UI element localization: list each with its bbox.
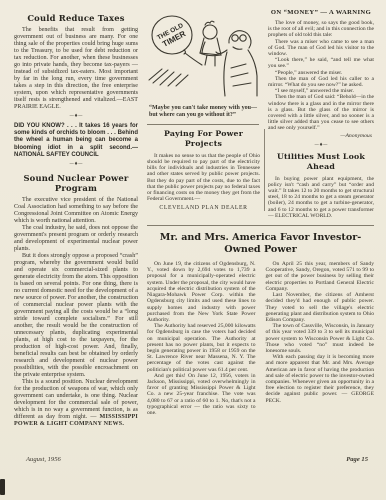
ground-hatch — [149, 69, 188, 86]
bottom-section: Mr. and Mrs. America Favor Investor-Owne… — [147, 232, 374, 416]
right-column: ON “MONEY” — A WARNING The love of money… — [268, 8, 374, 219]
article-title-sound-nuclear: Sound Nuclear Power Program — [14, 173, 138, 193]
man-arm — [216, 50, 227, 54]
child-legs — [205, 55, 215, 66]
middle-column: THE OLD TIMER “Maybe you can't take mone… — [147, 8, 259, 219]
bottom-paragraph: With each passing day it is becoming mor… — [266, 354, 375, 404]
footer-date: August, 1956 — [26, 456, 61, 463]
utilities-body: In buying power plant equipment, the pol… — [268, 176, 374, 219]
section-ornament: —♦— — [14, 114, 138, 120]
footer-page-number: Page 15 — [346, 456, 368, 463]
bottom-paragraph: And get this! On June 12, 1956, voters i… — [147, 373, 256, 416]
money-paragraph: There was a miser who came to see a man … — [268, 39, 374, 58]
divider-above-paying — [147, 124, 259, 125]
cartoon-caption: “Maybe you can't take money with you—but… — [149, 105, 257, 120]
paying-body: It makes no sense to us that the people … — [147, 153, 260, 203]
bottom-paragraph: The town of Cassville, Wisconsin, in Jan… — [266, 323, 375, 354]
paying-article: Paying For Power Projects It makes no se… — [147, 129, 265, 212]
money-paragraph: Then the man of God led his caller to a … — [268, 76, 374, 88]
article-title-utilities: Utilities Must Look Ahead — [268, 152, 374, 172]
man-front — [224, 52, 227, 96]
page-footer: August, 1956 Page 15 — [26, 456, 368, 463]
money-paragraph: The love of money, so says the good book… — [268, 20, 374, 39]
article-title-paying: Paying For Power Projects — [147, 129, 260, 149]
balloon-string — [185, 53, 202, 65]
left-column: Could Reduce Taxes The benefits that res… — [14, 8, 138, 428]
nuclear-paragraph: The executive vice president of the Nati… — [14, 197, 138, 225]
columns: Could Reduce Taxes The benefits that res… — [14, 8, 374, 428]
scan-smudge — [0, 479, 5, 495]
child-bow — [205, 21, 214, 25]
bottom-paragraph: The Authority had reserved 25,000 kilowa… — [147, 323, 256, 373]
suit-hatch — [231, 64, 251, 86]
article-body-could-reduce-taxes: The benefits that result from getting go… — [14, 27, 138, 111]
paying-attribution: CLEVELAND PLAN DEALER — [147, 205, 260, 211]
man-mouth — [233, 47, 242, 49]
article-title-could-reduce-taxes: Could Reduce Taxes — [14, 13, 138, 23]
bottom-paragraph: On June 19, the citizens of Ogdensburg, … — [147, 261, 256, 323]
newsletter-page: Could Reduce Taxes The benefits that res… — [0, 0, 386, 500]
money-attribution: —Anonymous — [268, 133, 372, 140]
bottom-two-columns: On June 19, the citizens of Ogdensburg, … — [147, 261, 374, 416]
article-title-on-money: ON “MONEY” — A WARNING — [268, 9, 374, 17]
money-paragraph: “Look there,” he said, “and tell me what… — [268, 57, 374, 69]
nuclear-paragraph: But it does strongly oppose a proposed “… — [14, 253, 138, 379]
top-row: THE OLD TIMER “Maybe you can't take mone… — [147, 8, 374, 219]
bottom-paragraph: On April 25 this year, members of Sandy … — [266, 261, 375, 292]
child-head — [203, 25, 217, 39]
section-ornament: —♦— — [14, 162, 138, 168]
nuclear-paragraph: This is a sound position. Nuclear develo… — [14, 379, 138, 428]
money-paragraph: Then the man of God said: “Behold—in the… — [268, 94, 374, 131]
man-back — [248, 50, 257, 96]
right-wrapper: THE OLD TIMER “Maybe you can't take mone… — [147, 8, 374, 428]
glasses-right-lens — [240, 35, 246, 41]
section-ornament: —♦— — [268, 143, 374, 149]
old-timer-cartoon: THE OLD TIMER — [147, 8, 259, 98]
section-title-mr-mrs-america: Mr. and Mrs. America Favor Investor-Owne… — [147, 232, 374, 256]
bottom-paragraph: Last November, the citizens of Amherst d… — [266, 292, 375, 323]
nuclear-paragraph: The coal industry, he said, does not opp… — [14, 225, 138, 253]
did-you-know-blurb: DID YOU KNOW? . . . It takes 16 years fo… — [14, 123, 138, 159]
divider-above-bottom-section — [147, 225, 374, 226]
glasses-left-lens — [232, 35, 238, 41]
